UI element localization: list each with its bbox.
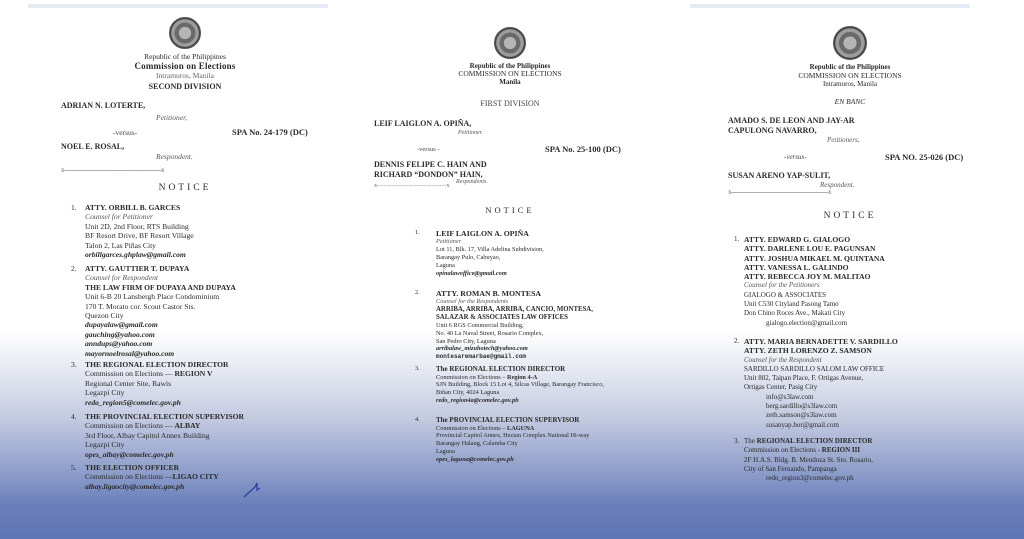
recipient-name: THE PROVINCIAL ELECTION SUPERVISOR [85,412,331,421]
division-label: FIRST DIVISION [340,99,680,108]
recipient-1: 1. ATTY. ORBILL B. GARCES Counsel for Pe… [71,203,331,259]
petitioner-role: Petitioner. [458,130,483,136]
entry-number: 3. [415,365,420,373]
office-label: LIGAO CITY [173,472,219,481]
office-label: LAGUNA [507,425,534,432]
prefix-label: The [436,365,448,373]
recipient-5: 5. THE ELECTION OFFICER Commission on El… [71,463,331,491]
recipient-name: ATTY. MARIA BERNADETTE V. SARDILLO [744,337,994,346]
address-line: BF Resort Drive, BF Resort Village [85,231,331,240]
entry-number: 4. [71,412,77,421]
office-label: ALBAY [174,421,200,430]
petitioner-line: AMADO S. DE LEON AND JAY-AR [728,116,855,126]
email-link[interactable]: zeth.samson@s3law.com [744,411,994,420]
address-line: SJN Building, Block 15 Lot 4, Silcas Vil… [436,381,680,389]
address-line: Biñan City, 4024 Laguna [436,389,680,397]
notice-document-3: Republic of the Philippines COMMISSION O… [700,0,1024,539]
recipient-role: Counsel for the Respondents [436,298,680,306]
address-line: Barangay Pulo, Cabuyao, [436,254,675,262]
recipient-4: 4. THE PROVINCIAL ELECTION SUPERVISOR Co… [71,412,331,459]
recipient-role: Counsel for Petitioner [85,212,331,221]
letterhead: Republic of the Philippines COMMISSION O… [700,26,1000,89]
address-line: Don Chino Roces Ave., Makati City [744,309,994,318]
email-link[interactable]: mayornoelrosal@yahoo.com [85,349,331,358]
email-link[interactable]: berg.sardillo@s3law.com [744,402,994,411]
address-line: Quezon City [85,311,331,320]
email-link[interactable]: redo_region4a@comelec.gov.ph [436,397,680,405]
entry-number: 3. [71,360,77,369]
header-location: Intramuros, Manila [700,80,1000,89]
division-label: EN BANC [700,97,1000,106]
address-line: Laguna [436,262,675,270]
division-label: SECOND DIVISION [0,82,370,91]
petitioner-role: Petitioner, [156,113,187,122]
address-line: Talon 2, Las Piñas City [85,241,331,250]
comelec-seal-icon [169,17,201,49]
address-line: Unit 802, Taipan Place, F. Ortigas Avenu… [744,374,994,383]
recipient-name: ATTY. GAUTTIER T. DUPAYA [85,264,331,273]
address-line: Legazpi City [85,388,331,397]
commission-label: Commission on Elections — [85,421,173,430]
recipient-role: Counsel for the Respondent [744,356,994,365]
entry-number: 1. [415,229,420,237]
recipient-name: ATTY. DARLENE LOU E. PAGUNSAN [744,244,994,253]
office-label: Region 4-A [507,374,537,381]
address-line: Unit C530 Cityland Pasong Tamo [744,300,994,309]
case-number: SPA NO. 25-026 (DC) [885,152,963,162]
address-line: Laguna [436,448,680,456]
email-link[interactable]: gialogo.election@gmail.com [744,319,994,328]
recipient-name: ATTY. JOSHUA MIKAEL M. QUINTANA [744,254,994,263]
recipient-name: REGIONAL ELECTION DIRECTOR [449,365,565,373]
address-line: Unit 6 RGS Commercial Building, [436,322,680,330]
address-line: Legazpi City [85,440,331,449]
office-label: REGION III [822,446,860,454]
address-line: Regional Center Site, Rawis [85,379,331,388]
entry-number: 2. [734,337,739,346]
respondent-name: DENNIS FELIPE C. HAIN AND RICHARD “DONDO… [374,160,487,180]
email-link[interactable]: opes_laguna@comelec.gov.ph [436,456,680,464]
recipient-name: LEIF LAIGLON A. OPIÑA [436,229,675,238]
header-location: Intramuros, Manila [0,71,370,80]
recipient-name: ATTY. VANESSA L. GALINDO [744,263,994,272]
address-line: Barangay Halang, Calamba City [436,440,680,448]
recipient-3: 3. The REGIONAL ELECTION DIRECTOR Commis… [415,365,680,405]
email-link[interactable]: anndups@yahoo.com [85,339,331,348]
respondent-role: Respondent. [156,152,193,161]
email-link[interactable]: redo_region3@comelec.gov.ph [744,474,994,483]
address-line: Unit 6-B 20 Lansbergh Place Condominium [85,292,331,301]
recipient-3: 3. THE REGIONAL ELECTION DIRECTOR Commis… [71,360,331,407]
commission-label: Commission on Elections – [436,425,505,432]
recipient-name: ATTY. ROMAN B. MONTESA [436,289,680,298]
notice-document-2: Republic of the Philippines COMMISSION O… [340,0,670,539]
address-line: Ortigas Center, Pasig City [744,383,994,392]
versus-label: -versus - [417,146,440,153]
letterhead: Republic of the Philippines Commission o… [0,17,370,80]
address-line: San Pedro City, Laguna [436,338,680,346]
commission-label: Commission on Elections – [436,374,505,381]
office-label: REGION V [174,369,212,378]
notice-document-1: Republic of the Philippines Commission o… [0,0,340,539]
case-number: SPA No. 25-100 (DC) [545,144,621,154]
respondent-line: DENNIS FELIPE C. HAIN AND [374,160,487,170]
header-location: Manila [340,78,680,86]
respondent-name: NOEL E. ROSAL, [61,142,124,152]
signature-mark-icon [243,478,265,498]
recipient-2: 2. ATTY. MARIA BERNADETTE V. SARDILLO AT… [734,337,994,430]
recipient-2: 2. ATTY. GAUTTIER T. DUPAYA Counsel for … [71,264,331,358]
separator-line: x---------------------------------------… [728,188,860,196]
recipient-role: Counsel for Respondent [85,273,331,282]
comelec-seal-icon [833,26,867,60]
recipient-name: PROVINCIAL ELECTION SUPERVISOR [449,416,579,424]
law-firm: THE LAW FIRM OF DUPAYA AND DUPAYA [85,283,331,292]
entry-number: 2. [415,289,420,297]
petitioner-name: LEIF LAIGLON A. OPIÑA, [374,119,471,129]
email-link[interactable]: gauching@yahoo.com [85,330,331,339]
petitioner-line: CAPULONG NAVARRO, [728,126,855,136]
separator-line: x- - - - - - - - - - - - - - - - - - - -… [374,183,499,189]
notice-title: NOTICE [340,205,680,215]
recipient-name: THE REGIONAL ELECTION DIRECTOR [85,360,331,369]
address-line: Lot 11, Blk. 17, Villa Adelina Subdivisi… [436,246,675,254]
email-link[interactable]: orbillgarces.ghplaw@gmail.com [85,250,331,259]
law-firm: GIALOGO & ASSOCIATES [744,291,994,300]
recipient-1: 1. ATTY. EDWARD G. GIALOGO ATTY. DARLENE… [734,235,994,328]
address-line: No. 40 La Naval Street, Rosario Complex, [436,330,680,338]
email-link[interactable]: susanyap.hor@gmail.com [744,421,994,430]
recipient-name: ATTY. ORBILL B. GARCES [85,203,331,212]
email-link[interactable]: albay.ligaocity@comelec.gov.ph [85,482,331,491]
header-commission: COMMISSION ON ELECTIONS [700,72,1000,81]
entry-number: 5. [71,463,77,472]
petitioner-name: AMADO S. DE LEON AND JAY-AR CAPULONG NAV… [728,116,855,136]
recipient-name: ATTY. EDWARD G. GIALOGO [744,235,994,244]
address-line: 3rd Floor, Albay Capitol Annex Building [85,431,331,440]
email-link[interactable]: opinalawoffice@gmail.com [436,270,675,278]
recipient-4: 4. The PROVINCIAL ELECTION SUPERVISOR Co… [415,416,680,464]
address-line: Unit 2D, 2nd Floor, RTS Building [85,222,331,231]
respondent-name: SUSAN ARENO YAP-SULIT, [728,171,830,181]
email-link[interactable]: dupayalaw@gmail.com [85,320,331,329]
law-firm: SALAZAR & ASSOCIATES LAW OFFICES [436,314,680,322]
notice-title: NOTICE [0,183,370,193]
email-link[interactable]: redo_region5@comelec.gov.ph [85,398,331,407]
address-line: Provincial Capitol Annex, Hectan Complex… [436,432,680,440]
entry-number: 1. [71,203,77,212]
commission-label: Commission on Elections — [85,472,173,481]
email-link[interactable]: info@s3law.com [744,393,994,402]
letterhead: Republic of the Philippines COMMISSION O… [340,27,680,86]
recipient-1: 1. LEIF LAIGLON A. OPIÑA Petitioner Lot … [415,229,675,278]
recipient-name: THE ELECTION OFFICER [85,463,331,472]
recipient-role: Petitioner [436,238,675,246]
recipient-name: ATTY. ZETH LORENZO Z. SAMSON [744,346,994,355]
recipient-name: REGIONAL ELECTION DIRECTOR [757,437,873,445]
entry-number: 3. [734,437,739,446]
comelec-seal-icon [494,27,526,59]
prefix-label: The [436,416,448,424]
entry-number: 2. [71,264,77,273]
commission-label: Commission on Elections — [85,369,173,378]
header-commission: COMMISSION ON ELECTIONS [340,70,680,78]
versus-label: -versus- [784,153,807,161]
recipient-3: 3. The REGIONAL ELECTION DIRECTOR Commis… [734,437,994,483]
recipient-2: 2. ATTY. ROMAN B. MONTESA Counsel for th… [415,289,680,361]
recipient-role: Counsel for the Petitioners [744,281,994,290]
entry-number: 1. [734,235,739,244]
email-link[interactable]: opes_albay@comelec.gov.ph [85,450,331,459]
header-commission: Commission on Elections [0,61,370,71]
commission-label: Commission on Elections - [744,446,820,454]
petitioner-name: ADRIAN N. LOTERTE, [61,101,145,111]
entry-number: 4. [415,416,420,424]
email-link[interactable]: arribalaw_mizuhotech@yahoo.com [436,345,680,353]
prefix-label: The [744,437,755,445]
email-link[interactable]: montesaremarbae@gmail.com [436,353,680,361]
law-firm: SARDILLO SARDILLO SALOM LAW OFFICE [744,365,994,374]
case-number: SPA No. 24-179 (DC) [232,127,308,137]
separator-line: x---------------------------------------… [61,166,196,174]
petitioner-role: Petitioners, [827,136,859,144]
address-line: City of San Fernando, Pampanga [744,465,994,474]
notice-title: NOTICE [700,211,1000,221]
address-line: 2F H.A.S. Bldg. B. Mendoza St. Sto. Rosa… [744,456,994,465]
versus-label: -versus- [113,128,137,137]
header-republic: Republic of the Philippines [0,52,370,61]
address-line: 170 T. Morato cor. Scout Castor Sts. [85,302,331,311]
law-firm: ARRIBA, ARRIBA, ARRIBA, CANCIO, MONTESA, [436,306,680,314]
recipient-name: ATTY. REBECCA JOY M. MALITAO [744,272,994,281]
